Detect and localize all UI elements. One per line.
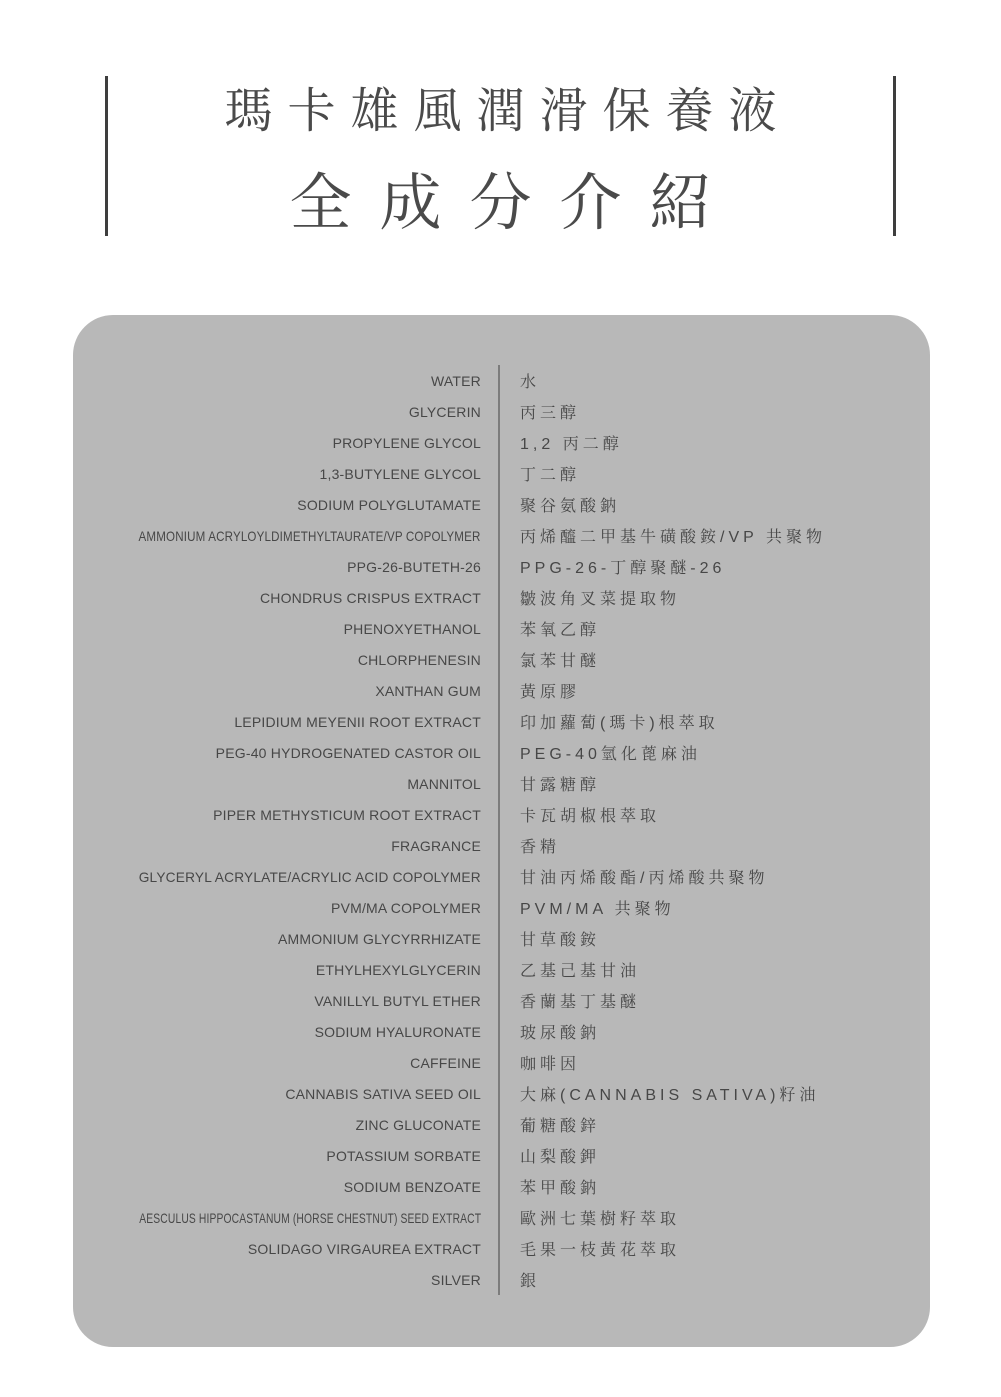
- ingredient-name-en: AMMONIUM ACRYLOYLDIMETHYLTAURATE/VP COPO…: [139, 528, 481, 544]
- ingredient-zh-cell: 皺波角叉菜提取物: [500, 586, 930, 609]
- ingredient-row: SODIUM BENZOATE 苯甲酸鈉: [73, 1171, 930, 1202]
- ingredient-zh-cell: PVM/MA 共聚物: [500, 896, 930, 919]
- ingredient-row: PVM/MA COPOLYMER PVM/MA 共聚物: [73, 892, 930, 923]
- ingredient-name-zh: 銀: [520, 1268, 540, 1291]
- ingredient-name-zh: 卡瓦胡椒根萃取: [520, 803, 660, 826]
- ingredient-name-en: SILVER: [431, 1272, 481, 1288]
- ingredient-name-zh: 印加蘿蔔(瑪卡)根萃取: [520, 710, 719, 733]
- ingredient-row: MANNITOL 甘露糖醇: [73, 768, 930, 799]
- ingredient-name-zh: 甘油丙烯酸酯/丙烯酸共聚物: [520, 865, 768, 888]
- ingredient-en-cell: PIPER METHYSTICUM ROOT EXTRACT: [73, 799, 500, 830]
- ingredient-en-cell: SODIUM BENZOATE: [73, 1171, 500, 1202]
- ingredient-en-cell: ETHYLHEXYLGLYCERIN: [73, 954, 500, 985]
- ingredient-row: PROPYLENE GLYCOL 1,2 丙二醇: [73, 427, 930, 458]
- ingredient-zh-cell: 葡糖酸鋅: [500, 1113, 930, 1136]
- ingredient-name-zh: 咖啡因: [520, 1051, 580, 1074]
- ingredient-name-zh: 葡糖酸鋅: [520, 1113, 600, 1136]
- ingredients-table: WATER 水 GLYCERIN 丙三醇: [73, 315, 930, 1295]
- ingredient-row: SODIUM POLYGLUTAMATE 聚谷氨酸鈉: [73, 489, 930, 520]
- ingredient-en-cell: GLYCERIN: [73, 396, 500, 427]
- ingredient-en-cell: MANNITOL: [73, 768, 500, 799]
- ingredient-zh-cell: 丁二醇: [500, 462, 930, 485]
- ingredient-zh-cell: 1,2 丙二醇: [500, 431, 930, 454]
- ingredient-row: SILVER 銀: [73, 1264, 930, 1295]
- ingredient-name-zh: 大麻(CANNABIS SATIVA)籽油: [520, 1082, 819, 1105]
- ingredient-zh-cell: 印加蘿蔔(瑪卡)根萃取: [500, 710, 930, 733]
- ingredient-name-en: CAFFEINE: [410, 1055, 481, 1071]
- ingredient-name-en: 1,3-BUTYLENE GLYCOL: [320, 466, 482, 482]
- product-title: 瑪卡雄風潤滑保養液: [0, 84, 1001, 140]
- ingredient-zh-cell: 苯甲酸鈉: [500, 1175, 930, 1198]
- ingredient-name-en: PVM/MA COPOLYMER: [331, 900, 481, 916]
- ingredient-zh-cell: 歐洲七葉樹籽萃取: [500, 1206, 930, 1229]
- ingredient-en-cell: WATER: [73, 365, 500, 396]
- ingredient-row: PPG-26-BUTETH-26 PPG-26-丁醇聚醚-26: [73, 551, 930, 582]
- ingredient-row: LEPIDIUM MEYENII ROOT EXTRACT 印加蘿蔔(瑪卡)根萃…: [73, 706, 930, 737]
- ingredient-en-cell: POTASSIUM SORBATE: [73, 1140, 500, 1171]
- ingredient-zh-cell: 卡瓦胡椒根萃取: [500, 803, 930, 826]
- header: 瑪卡雄風潤滑保養液 全成分介紹: [0, 0, 1001, 300]
- ingredient-zh-cell: 毛果一枝黃花萃取: [500, 1237, 930, 1260]
- ingredient-name-zh: 乙基己基甘油: [520, 958, 640, 981]
- ingredient-en-cell: SODIUM POLYGLUTAMATE: [73, 489, 500, 520]
- ingredient-row: SODIUM HYALURONATE 玻尿酸鈉: [73, 1016, 930, 1047]
- ingredient-en-cell: CHONDRUS CRISPUS EXTRACT: [73, 582, 500, 613]
- ingredient-zh-cell: 香蘭基丁基醚: [500, 989, 930, 1012]
- ingredient-en-cell: SOLIDAGO VIRGAUREA EXTRACT: [73, 1233, 500, 1264]
- ingredient-en-cell: AMMONIUM GLYCYRRHIZATE: [73, 923, 500, 954]
- ingredient-name-en: XANTHAN GUM: [375, 683, 481, 699]
- ingredient-name-en: GLYCERIN: [409, 404, 481, 420]
- ingredient-zh-cell: 甘露糖醇: [500, 772, 930, 795]
- ingredient-zh-cell: 水: [500, 369, 930, 392]
- ingredient-name-zh: PVM/MA 共聚物: [520, 896, 675, 919]
- ingredient-row: CHONDRUS CRISPUS EXTRACT 皺波角叉菜提取物: [73, 582, 930, 613]
- ingredient-en-cell: GLYCERYL ACRYLATE/ACRYLIC ACID COPOLYMER: [73, 861, 500, 892]
- ingredient-name-en: ETHYLHEXYLGLYCERIN: [316, 962, 481, 978]
- ingredient-zh-cell: 甘草酸銨: [500, 927, 930, 950]
- ingredient-name-zh: 丙三醇: [520, 400, 580, 423]
- ingredient-name-en: SODIUM BENZOATE: [344, 1179, 481, 1195]
- ingredient-name-zh: 苯甲酸鈉: [520, 1175, 600, 1198]
- ingredient-zh-cell: 玻尿酸鈉: [500, 1020, 930, 1043]
- ingredient-name-zh: PEG-40氫化蓖麻油: [520, 741, 701, 764]
- ingredient-zh-cell: PEG-40氫化蓖麻油: [500, 741, 930, 764]
- ingredient-row: CANNABIS SATIVA SEED OIL 大麻(CANNABIS SAT…: [73, 1078, 930, 1109]
- ingredient-name-zh: 山梨酸鉀: [520, 1144, 600, 1167]
- ingredient-zh-cell: 銀: [500, 1268, 930, 1291]
- ingredient-row: POTASSIUM SORBATE 山梨酸鉀: [73, 1140, 930, 1171]
- ingredient-row: AESCULUS HIPPOCASTANUM (HORSE CHESTNUT) …: [73, 1202, 930, 1233]
- ingredient-en-cell: PPG-26-BUTETH-26: [73, 551, 500, 582]
- ingredient-row: ETHYLHEXYLGLYCERIN 乙基己基甘油: [73, 954, 930, 985]
- ingredient-zh-cell: 大麻(CANNABIS SATIVA)籽油: [500, 1082, 930, 1105]
- ingredient-zh-cell: 丙三醇: [500, 400, 930, 423]
- ingredient-name-en: WATER: [431, 373, 481, 389]
- ingredient-zh-cell: 咖啡因: [500, 1051, 930, 1074]
- ingredient-zh-cell: 聚谷氨酸鈉: [500, 493, 930, 516]
- ingredient-name-zh: 丁二醇: [520, 462, 580, 485]
- ingredient-name-en: PIPER METHYSTICUM ROOT EXTRACT: [213, 807, 481, 823]
- ingredients-panel: WATER 水 GLYCERIN 丙三醇: [73, 315, 930, 1347]
- ingredient-name-en: CANNABIS SATIVA SEED OIL: [285, 1086, 481, 1102]
- ingredient-row: VANILLYL BUTYL ETHER 香蘭基丁基醚: [73, 985, 930, 1016]
- ingredient-row: GLYCERYL ACRYLATE/ACRYLIC ACID COPOLYMER…: [73, 861, 930, 892]
- ingredient-name-en: AMMONIUM GLYCYRRHIZATE: [278, 931, 481, 947]
- ingredient-zh-cell: 黃原膠: [500, 679, 930, 702]
- ingredient-name-zh: 玻尿酸鈉: [520, 1020, 600, 1043]
- ingredient-row: ZINC GLUCONATE 葡糖酸鋅: [73, 1109, 930, 1140]
- ingredient-zh-cell: 苯氧乙醇: [500, 617, 930, 640]
- ingredient-name-zh: 苯氧乙醇: [520, 617, 600, 640]
- ingredient-name-zh: 1,2 丙二醇: [520, 431, 623, 454]
- ingredient-name-zh: PPG-26-丁醇聚醚-26: [520, 555, 725, 578]
- ingredient-en-cell: PHENOXYETHANOL: [73, 613, 500, 644]
- ingredient-zh-cell: 乙基己基甘油: [500, 958, 930, 981]
- ingredient-row: PHENOXYETHANOL 苯氧乙醇: [73, 613, 930, 644]
- ingredient-en-cell: LEPIDIUM MEYENII ROOT EXTRACT: [73, 706, 500, 737]
- ingredient-name-zh: 香蘭基丁基醚: [520, 989, 640, 1012]
- ingredient-name-zh: 毛果一枝黃花萃取: [520, 1237, 680, 1260]
- ingredient-row: 1,3-BUTYLENE GLYCOL 丁二醇: [73, 458, 930, 489]
- ingredient-name-en: SODIUM HYALURONATE: [315, 1024, 481, 1040]
- ingredient-en-cell: VANILLYL BUTYL ETHER: [73, 985, 500, 1016]
- ingredient-name-en: AESCULUS HIPPOCASTANUM (HORSE CHESTNUT) …: [139, 1210, 481, 1226]
- ingredient-zh-cell: 甘油丙烯酸酯/丙烯酸共聚物: [500, 865, 930, 888]
- ingredient-en-cell: SILVER: [73, 1264, 500, 1295]
- ingredient-en-cell: AESCULUS HIPPOCASTANUM (HORSE CHESTNUT) …: [73, 1202, 500, 1233]
- ingredient-row: CHLORPHENESIN 氯苯甘醚: [73, 644, 930, 675]
- ingredient-en-cell: XANTHAN GUM: [73, 675, 500, 706]
- ingredient-name-en: SOLIDAGO VIRGAUREA EXTRACT: [248, 1241, 481, 1257]
- ingredient-name-zh: 黃原膠: [520, 679, 580, 702]
- ingredient-zh-cell: 丙烯醯二甲基牛磺酸銨/VP 共聚物: [500, 524, 930, 547]
- ingredient-name-en: VANILLYL BUTYL ETHER: [314, 993, 481, 1009]
- ingredient-name-zh: 甘露糖醇: [520, 772, 600, 795]
- ingredient-en-cell: 1,3-BUTYLENE GLYCOL: [73, 458, 500, 489]
- page-title: 全成分介紹: [0, 168, 1001, 240]
- ingredient-row: AMMONIUM GLYCYRRHIZATE 甘草酸銨: [73, 923, 930, 954]
- ingredient-en-cell: CAFFEINE: [73, 1047, 500, 1078]
- ingredient-name-en: PEG-40 HYDROGENATED CASTOR OIL: [216, 745, 481, 761]
- ingredient-en-cell: CHLORPHENESIN: [73, 644, 500, 675]
- ingredient-row: WATER 水: [73, 365, 930, 396]
- ingredient-row: PEG-40 HYDROGENATED CASTOR OIL PEG-40氫化蓖…: [73, 737, 930, 768]
- ingredient-row: PIPER METHYSTICUM ROOT EXTRACT 卡瓦胡椒根萃取: [73, 799, 930, 830]
- ingredient-name-zh: 聚谷氨酸鈉: [520, 493, 620, 516]
- ingredient-name-zh: 香精: [520, 834, 560, 857]
- ingredient-zh-cell: PPG-26-丁醇聚醚-26: [500, 555, 930, 578]
- ingredient-name-en: LEPIDIUM MEYENII ROOT EXTRACT: [234, 714, 481, 730]
- ingredient-en-cell: PVM/MA COPOLYMER: [73, 892, 500, 923]
- ingredient-name-en: CHLORPHENESIN: [358, 652, 481, 668]
- ingredient-name-zh: 皺波角叉菜提取物: [520, 586, 680, 609]
- ingredient-row: CAFFEINE 咖啡因: [73, 1047, 930, 1078]
- ingredient-name-zh: 甘草酸銨: [520, 927, 600, 950]
- ingredient-name-en: PPG-26-BUTETH-26: [347, 559, 481, 575]
- ingredient-name-en: PHENOXYETHANOL: [344, 621, 481, 637]
- ingredient-name-zh: 氯苯甘醚: [520, 648, 600, 671]
- ingredient-row: FRAGRANCE 香精: [73, 830, 930, 861]
- ingredient-name-en: POTASSIUM SORBATE: [326, 1148, 481, 1164]
- ingredient-row: XANTHAN GUM 黃原膠: [73, 675, 930, 706]
- ingredient-name-en: SODIUM POLYGLUTAMATE: [297, 497, 481, 513]
- ingredient-name-en: PROPYLENE GLYCOL: [333, 435, 481, 451]
- ingredient-zh-cell: 山梨酸鉀: [500, 1144, 930, 1167]
- ingredient-en-cell: SODIUM HYALURONATE: [73, 1016, 500, 1047]
- ingredient-en-cell: CANNABIS SATIVA SEED OIL: [73, 1078, 500, 1109]
- ingredient-en-cell: PEG-40 HYDROGENATED CASTOR OIL: [73, 737, 500, 768]
- ingredient-en-cell: FRAGRANCE: [73, 830, 500, 861]
- page: 瑪卡雄風潤滑保養液 全成分介紹 WATER 水 GLYCERIN: [0, 0, 1001, 1397]
- ingredient-name-zh: 歐洲七葉樹籽萃取: [520, 1206, 680, 1229]
- ingredient-en-cell: ZINC GLUCONATE: [73, 1109, 500, 1140]
- ingredient-name-en: ZINC GLUCONATE: [356, 1117, 481, 1133]
- ingredient-name-zh: 水: [520, 369, 540, 392]
- ingredient-name-en: GLYCERYL ACRYLATE/ACRYLIC ACID COPOLYMER: [139, 869, 481, 885]
- ingredient-name-zh: 丙烯醯二甲基牛磺酸銨/VP 共聚物: [520, 524, 826, 547]
- ingredient-name-en: FRAGRANCE: [391, 838, 481, 854]
- ingredient-name-en: CHONDRUS CRISPUS EXTRACT: [260, 590, 481, 606]
- ingredient-zh-cell: 氯苯甘醚: [500, 648, 930, 671]
- ingredient-name-en: MANNITOL: [407, 776, 481, 792]
- ingredient-row: GLYCERIN 丙三醇: [73, 396, 930, 427]
- ingredient-row: AMMONIUM ACRYLOYLDIMETHYLTAURATE/VP COPO…: [73, 520, 930, 551]
- ingredient-row: SOLIDAGO VIRGAUREA EXTRACT 毛果一枝黃花萃取: [73, 1233, 930, 1264]
- ingredient-zh-cell: 香精: [500, 834, 930, 857]
- ingredient-en-cell: AMMONIUM ACRYLOYLDIMETHYLTAURATE/VP COPO…: [73, 520, 500, 551]
- ingredient-en-cell: PROPYLENE GLYCOL: [73, 427, 500, 458]
